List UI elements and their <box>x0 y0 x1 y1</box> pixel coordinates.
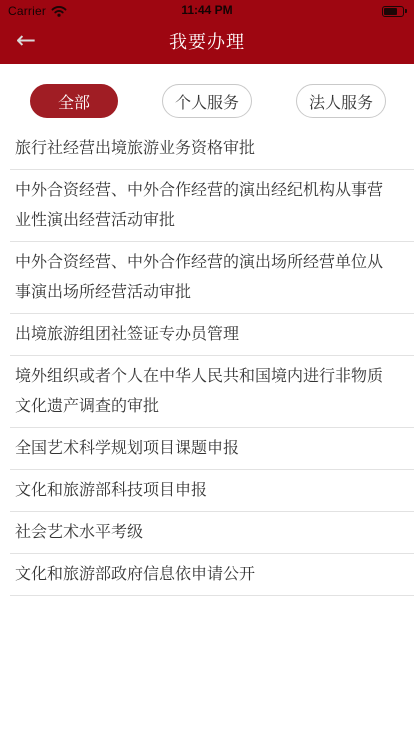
list-item-label: 文化和旅游部政府信息依申请公开 <box>15 566 255 583</box>
filter-row: 全部个人服务法人服务 <box>0 64 414 118</box>
back-arrow-icon: ← <box>16 26 36 54</box>
nav-bar: ← 我要办理 <box>0 22 414 64</box>
clock: 11:44 PM <box>181 3 232 17</box>
list-item[interactable]: 文化和旅游部科技项目申报 <box>0 470 414 512</box>
app-screen: Carrier 11:44 PM ← 我要办理 全部 <box>0 0 414 736</box>
list-item-label: 全国艺术科学规划项目课题申报 <box>15 440 239 457</box>
wifi-icon <box>51 5 67 17</box>
status-left: Carrier <box>8 4 67 18</box>
battery-icon <box>382 6 407 17</box>
list-item-label: 中外合资经营、中外合作经营的演出经纪机构从事营业性演出经营活动审批 <box>15 182 383 229</box>
list-item-label: 社会艺术水平考级 <box>15 524 143 541</box>
list-item[interactable]: 文化和旅游部政府信息依申请公开 <box>0 554 414 596</box>
list-item[interactable]: 中外合资经营、中外合作经营的演出场所经营单位从事演出场所经营活动审批 <box>0 242 414 314</box>
header: Carrier 11:44 PM ← 我要办理 <box>0 0 414 64</box>
page-title: 我要办理 <box>169 28 245 54</box>
list-item-label: 境外组织或者个人在中华人民共和国境内进行非物质文化遗产调查的审批 <box>15 368 383 415</box>
filter-all[interactable]: 全部 <box>30 84 118 118</box>
carrier-label: Carrier <box>8 4 46 18</box>
filter-personal-services[interactable]: 个人服务 <box>162 84 252 118</box>
list-item[interactable]: 旅行社经营出境旅游业务资格审批 <box>0 128 414 170</box>
list-item[interactable]: 社会艺术水平考级 <box>0 512 414 554</box>
list-item-label: 旅行社经营出境旅游业务资格审批 <box>15 140 255 157</box>
list-item-label: 出境旅游组团社签证专办员管理 <box>15 326 239 343</box>
list-item[interactable]: 出境旅游组团社签证专办员管理 <box>0 314 414 356</box>
filter-corporate-services[interactable]: 法人服务 <box>296 84 386 118</box>
status-bar: Carrier 11:44 PM <box>0 0 414 22</box>
list-item[interactable]: 境外组织或者个人在中华人民共和国境内进行非物质文化遗产调查的审批 <box>0 356 414 428</box>
list-item-label: 文化和旅游部科技项目申报 <box>15 482 207 499</box>
list-item[interactable]: 中外合资经营、中外合作经营的演出经纪机构从事营业性演出经营活动审批 <box>0 170 414 242</box>
service-list: 旅行社经营出境旅游业务资格审批中外合资经营、中外合作经营的演出经纪机构从事营业性… <box>0 128 414 596</box>
back-button[interactable]: ← <box>10 26 42 54</box>
list-item-label: 中外合资经营、中外合作经营的演出场所经营单位从事演出场所经营活动审批 <box>15 254 383 301</box>
list-item[interactable]: 全国艺术科学规划项目课题申报 <box>0 428 414 470</box>
